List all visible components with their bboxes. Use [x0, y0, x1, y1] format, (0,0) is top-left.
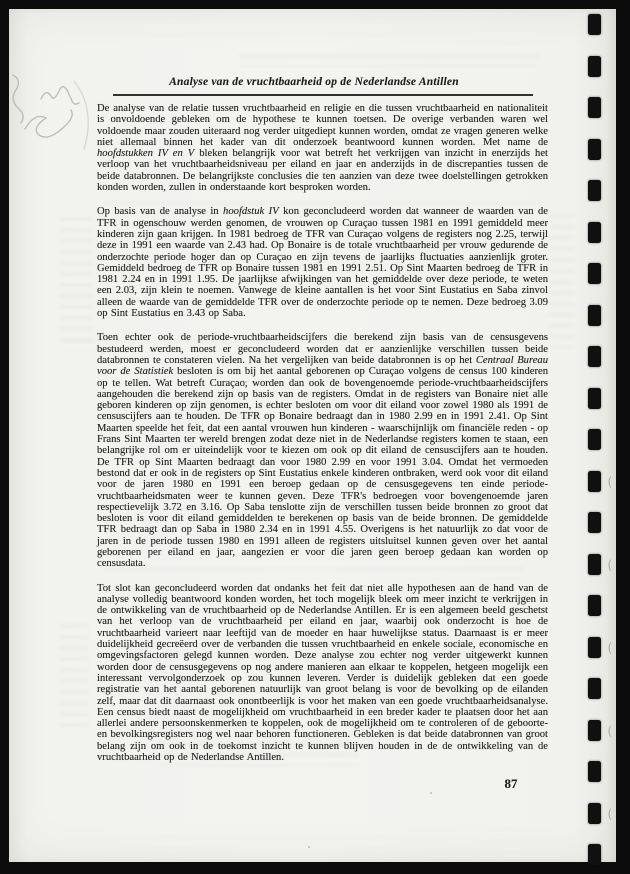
binding-hole: [588, 637, 601, 658]
scanned-document: { "document": { "header_title": "Analyse…: [0, 0, 630, 874]
running-header-title: Analyse van de vruchtbaarheid op de Nede…: [104, 76, 524, 88]
binding-hole: [588, 139, 601, 160]
binding-hole: [588, 554, 601, 575]
scan-border-left: [0, 0, 9, 874]
dust-speck: [308, 846, 310, 848]
text-run: De analyse van de relatie tussen vruchtb…: [97, 103, 548, 148]
binding-hole: [588, 222, 601, 243]
binding-hole: [588, 844, 601, 865]
binding-ring-mark: (: [606, 724, 613, 738]
binding-ring-mark: (: [606, 558, 613, 572]
binding-ring-mark: (: [606, 807, 613, 821]
body-paragraph: Tot slot kan geconcludeerd worden dat on…: [97, 583, 548, 764]
text-run: besloten is om bij het aantal geborenen …: [97, 366, 548, 569]
bleedthrough-smudge: [239, 54, 539, 67]
binding-hole: [588, 803, 601, 824]
binding-ring-mark: (: [606, 641, 613, 655]
binding-hole: [588, 180, 601, 201]
italic-phrase: hoofdstukken IV en V: [97, 148, 194, 159]
binding-hole: [588, 512, 601, 533]
binding-hole: [588, 761, 601, 782]
bleedthrough-smudge: [59, 217, 93, 342]
binding-hole: [588, 429, 601, 450]
bleedthrough-smudge: [59, 624, 89, 734]
italic-phrase: hoofdstuk IV: [223, 206, 279, 217]
page-number: 87: [491, 776, 531, 792]
binding-hole: [588, 720, 601, 741]
body-text: De analyse van de relatie tussen vruchtb…: [97, 103, 548, 776]
scan-border-top: [0, 0, 630, 9]
text-run: Op basis van de analyse in: [97, 206, 223, 217]
binding-hole: [588, 346, 601, 367]
page-sheet: Analyse van de vruchtbaarheid op de Nede…: [9, 9, 616, 862]
body-paragraph: Toen echter ook de periode-vruchtbaarhei…: [97, 332, 548, 569]
binding-hole: [588, 97, 601, 118]
binding-hole: [588, 305, 601, 326]
binding-hole: [588, 56, 601, 77]
binding-hole: [588, 595, 601, 616]
header-underline: [113, 94, 533, 96]
scan-border-bottom: [0, 862, 630, 874]
text-run: kon geconcludeerd worden dat wanneer de …: [97, 206, 548, 319]
scan-border-right: [616, 0, 630, 874]
binding-ring-mark: (: [606, 475, 613, 489]
binding-hole: [588, 388, 601, 409]
text-run: Tot slot kan geconcludeerd worden dat on…: [97, 583, 548, 763]
binding-hole: [588, 263, 601, 284]
binding-hole: [588, 678, 601, 699]
body-paragraph: Op basis van de analyse in hoofdstuk IV …: [97, 206, 548, 319]
body-paragraph: De analyse van de relatie tussen vruchtb…: [97, 103, 548, 193]
binding-hole: [588, 14, 601, 35]
binding-hole: [588, 471, 601, 492]
dust-speck: [430, 792, 432, 794]
bleedthrough-smudge: [549, 214, 575, 349]
